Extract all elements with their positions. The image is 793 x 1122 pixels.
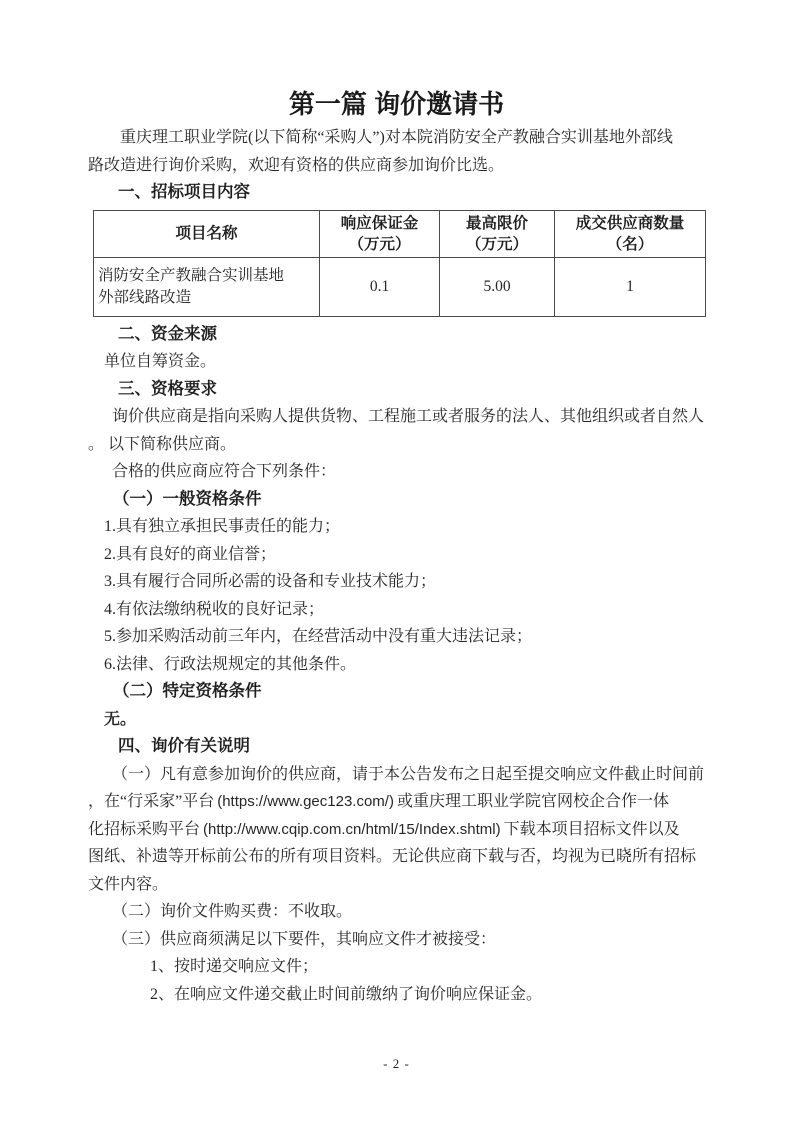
- project-name-cell: 消防安全产教融合实训基地 外部线路改造: [94, 257, 320, 316]
- sec4-item3-sub2: 2、在响应文件递交截止时间前缴纳了询价响应保证金。: [88, 981, 705, 1009]
- sec4-item2: （二）询价文件购买费：不收取。: [88, 898, 705, 926]
- max-price-cell: 5.00: [440, 257, 555, 316]
- section4-heading: 四、询价有关说明: [88, 733, 705, 761]
- col-header-unit: （万元）: [322, 234, 437, 255]
- general-qualifications-heading: （一）一般资格条件: [88, 486, 705, 514]
- col-header-project-name: 项目名称: [94, 210, 320, 257]
- sec4-item3-sub1: 1、按时递交响应文件；: [88, 953, 705, 981]
- cqip-url-link[interactable]: (http://www.cqip.com.cn/html/15/Index.sh…: [203, 821, 501, 838]
- document-body: 重庆理工职业学院(以下简称“采购人”)对本院消防安全产教融合实训基地外部线 路改…: [0, 124, 793, 1008]
- gec123-url-link[interactable]: (https://www.gec123.com/): [217, 793, 394, 810]
- qualification-item-5: 5.参加采购活动前三年内，在经营活动中没有重大违法记录；: [88, 623, 705, 651]
- project-table: 项目名称 响应保证金 （万元） 最高限价 （万元） 成交供应商数量 （名）: [93, 210, 706, 317]
- col-header-unit: （名）: [557, 234, 703, 255]
- section2-body: 单位自筹资金。: [88, 348, 705, 376]
- sec4-item1-line1: （一）凡有意参加询价的供应商，请于本公告发布之日起至提交响应文件截止时间前: [88, 761, 705, 789]
- intro-line-2: 路改造进行询价采购，欢迎有资格的供应商参加询价比选。: [88, 152, 705, 180]
- line2-text-pre: ，在“行采家”平台: [88, 793, 214, 810]
- qualification-item-4: 4.有依法缴纳税收的良好记录；: [88, 596, 705, 624]
- line3-text-pre: 化招标采购平台: [88, 821, 200, 838]
- section3-conditions-intro: 合格的供应商应符合下列条件：: [88, 458, 705, 486]
- col-header-deposit: 响应保证金 （万元）: [320, 210, 440, 257]
- col-header-name: 最高限价: [442, 213, 552, 234]
- page-number: - 2 -: [0, 1056, 793, 1072]
- supplier-count-cell: 1: [555, 257, 706, 316]
- section3-para-line2: 。 以下简称供应商。: [88, 431, 705, 459]
- section1-heading: 一、招标项目内容: [88, 179, 705, 207]
- page-title: 第一篇 询价邀请书: [0, 0, 793, 124]
- deposit-cell: 0.1: [320, 257, 440, 316]
- col-header-name: 响应保证金: [322, 213, 437, 234]
- table-header-row: 项目名称 响应保证金 （万元） 最高限价 （万元） 成交供应商数量 （名）: [94, 210, 706, 257]
- specific-qualifications-heading: （二）特定资格条件: [88, 678, 705, 706]
- qualification-item-3: 3.具有履行合同所必需的设备和专业技术能力；: [88, 568, 705, 596]
- line3-text-post: 下载本项目招标文件以及: [504, 821, 680, 838]
- qualification-item-2: 2.具有良好的商业信誉；: [88, 541, 705, 569]
- col-header-name: 项目名称: [96, 223, 317, 244]
- project-name-line2: 外部线路改造: [98, 287, 315, 309]
- specific-qualifications-value: 无。: [88, 706, 705, 734]
- col-header-unit: （万元）: [442, 234, 552, 255]
- section3-para-line1: 询价供应商是指向采购人提供货物、工程施工或者服务的法人、其他组织或者自然人: [88, 403, 705, 431]
- section3-heading: 三、资格要求: [88, 376, 705, 404]
- section2-heading: 二、资金来源: [88, 321, 705, 349]
- col-header-name: 成交供应商数量: [557, 213, 703, 234]
- sec4-item1-line4: 图纸、补遗等开标前公布的所有项目资料。无论供应商下载与否，均视为已晓所有招标: [88, 843, 705, 871]
- sec4-item1-line2: ，在“行采家”平台(https://www.gec123.com/)或重庆理工职…: [88, 788, 705, 816]
- sec4-item1-line5: 文件内容。: [88, 871, 705, 899]
- col-header-supplier-count: 成交供应商数量 （名）: [555, 210, 706, 257]
- sec4-item1-line3: 化招标采购平台(http://www.cqip.com.cn/html/15/I…: [88, 816, 705, 844]
- document-page: 第一篇 询价邀请书 重庆理工职业学院(以下简称“采购人”)对本院消防安全产教融合…: [0, 0, 793, 1122]
- line2-text-post: 或重庆理工职业学院官网校企合作一体: [397, 793, 669, 810]
- qualification-item-1: 1.具有独立承担民事责任的能力；: [88, 513, 705, 541]
- table-row: 消防安全产教融合实训基地 外部线路改造 0.1 5.00 1: [94, 257, 706, 316]
- intro-line-1: 重庆理工职业学院(以下简称“采购人”)对本院消防安全产教融合实训基地外部线: [88, 124, 705, 152]
- col-header-max-price: 最高限价 （万元）: [440, 210, 555, 257]
- project-name-line1: 消防安全产教融合实训基地: [98, 265, 315, 287]
- sec4-item3: （三）供应商须满足以下要件，其响应文件才被接受：: [88, 926, 705, 954]
- qualification-item-6: 6.法律、行政法规规定的其他条件。: [88, 651, 705, 679]
